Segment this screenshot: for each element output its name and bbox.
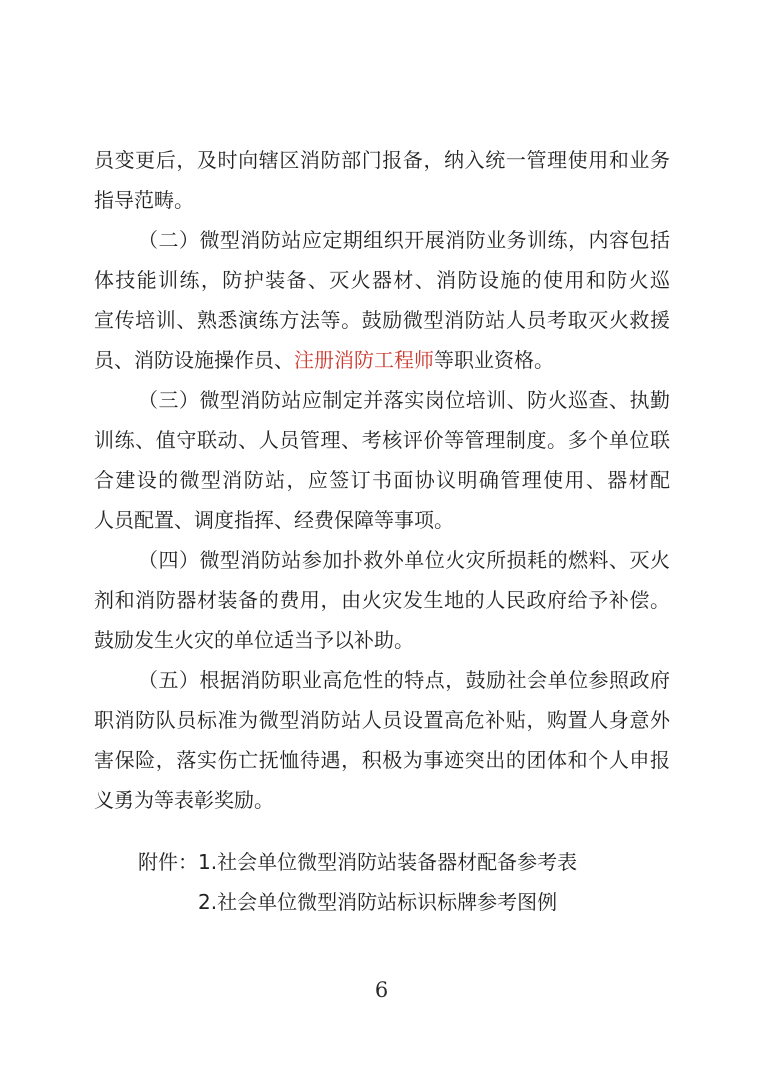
attachments-label: 附件： bbox=[94, 842, 198, 882]
text-line: （二）微型消防站应定期组织开展消防业务训练，内容包括 bbox=[94, 220, 670, 260]
text-line: 剂和消防器材装备的费用，由火灾发生地的人民政府给予补偿。 bbox=[94, 580, 670, 620]
text-line: （五）根据消防职业高危性的特点，鼓励社会单位参照政府专 bbox=[94, 660, 670, 700]
text-line: 职消防队员标准为微型消防站人员设置高危补贴，购置人身意外伤 bbox=[94, 700, 670, 740]
text-line: 训练、值守联动、人员管理、考核评价等管理制度。多个单位联 bbox=[94, 420, 670, 460]
attachment-item: 1.社会单位微型消防站装备器材配备参考表 bbox=[198, 842, 577, 882]
text-line-mixed: 员、消防设施操作员、注册消防工程师等职业资格。 bbox=[94, 340, 670, 380]
text-segment: 员、消防设施操作员、 bbox=[94, 348, 294, 372]
text-line: 害保险，落实伤亡抚恤待遇，积极为事迹突出的团体和个人申报见 bbox=[94, 740, 670, 780]
text-line: 合建设的微型消防站，应签订书面协议明确管理使用、器材配备、 bbox=[94, 460, 670, 500]
text-line: 宣传培训、熟悉演练方法等。鼓励微型消防站人员考取灭火救援 bbox=[94, 300, 670, 340]
attachments-block: 附件： 1.社会单位微型消防站装备器材配备参考表 2.社会单位微型消防站标识标牌… bbox=[94, 842, 577, 922]
text-line: 义勇为等表彰奖励。 bbox=[94, 780, 670, 820]
text-line: 鼓励发生火灾的单位适当予以补助。 bbox=[94, 620, 670, 660]
attachments-list: 1.社会单位微型消防站装备器材配备参考表 2.社会单位微型消防站标识标牌参考图例 bbox=[198, 842, 577, 922]
page-number: 6 bbox=[0, 978, 763, 1002]
highlighted-term: 注册消防工程师 bbox=[294, 348, 434, 372]
text-line: （三）微型消防站应制定并落实岗位培训、防火巡查、执勤 bbox=[94, 380, 670, 420]
text-line: 人员配置、调度指挥、经费保障等事项。 bbox=[94, 500, 670, 540]
text-line: 体技能训练，防护装备、灭火器材、消防设施的使用和防火巡查、 bbox=[94, 260, 670, 300]
document-page: 员变更后，及时向辖区消防部门报备，纳入统一管理使用和业务 指导范畴。 （二）微型… bbox=[0, 0, 763, 1080]
text-line: 员变更后，及时向辖区消防部门报备，纳入统一管理使用和业务 bbox=[94, 140, 670, 180]
text-line: 指导范畴。 bbox=[94, 180, 670, 220]
text-segment: 等职业资格。 bbox=[434, 348, 554, 372]
document-body: 员变更后，及时向辖区消防部门报备，纳入统一管理使用和业务 指导范畴。 （二）微型… bbox=[94, 140, 670, 820]
text-line: （四）微型消防站参加扑救外单位火灾所损耗的燃料、灭火 bbox=[94, 540, 670, 580]
attachment-item: 2.社会单位微型消防站标识标牌参考图例 bbox=[198, 882, 577, 922]
